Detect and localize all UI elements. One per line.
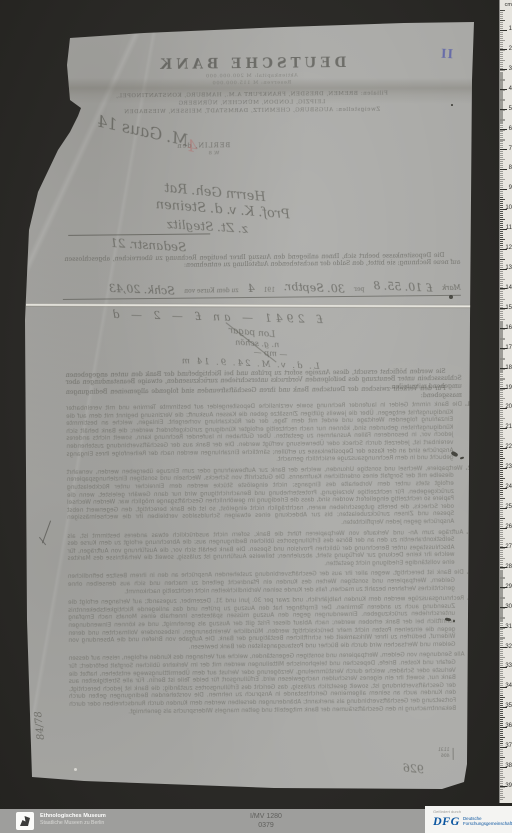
conditions-fine-print: 1. Die Bank nimmt Gelder in laufender Re… [66,402,465,720]
ruler-cm-label: 18 [505,365,512,371]
ruler-cm-label: 37 [505,743,512,749]
conditions-lead: Für den Verkehr zwischen der Deutschen B… [66,385,462,404]
dfg-acronym: DFG [433,814,460,829]
condition-item: 4. Die Bank ist berechtigt, wegen aller … [68,570,464,597]
ruler-cm-label: 26 [505,524,512,530]
second-amount-handwriting: £ 2941 — an £ — 2 — d [108,308,323,326]
ruler-cm-label: 35 [505,703,512,709]
ruler-cm-label: 17 [505,345,512,351]
ruler-cm-label: 3 [509,66,512,72]
ruler-cm-label: 13 [505,265,512,271]
ruler-cm-tick [500,30,507,31]
ruler-cm-label: 15 [505,305,512,311]
ruler-cm-label: 1 [509,26,512,32]
ruler-cm-label: 4 [509,86,512,92]
condition-item: 5. Rechnungsauszüge werden dem Kunden ha… [68,596,465,653]
ruler-cm-label: 28 [505,564,512,570]
condition-item: 6. Alle Sendungen von Geldern, Wertpapie… [69,652,466,717]
show-through-layer: DEUTSCHE BANK Aktienkapital: M 200.000.0… [20,18,480,795]
ruler-cm-label: 5 [509,106,512,112]
condition-item: 2. Wertpapiere, Wechsel und sonstige Urk… [67,466,464,531]
ruler-cm-tick [500,109,507,110]
place-date-label: BERLIN, den [176,141,230,150]
dfg-logo: Gefördert durch DFG Deutsche Forschungsg… [425,806,512,833]
paper-fleck [74,768,77,771]
ruler-cm-label: 34 [505,683,512,689]
ruler-cm-tick [500,89,507,90]
ruler-cm-label: 29 [505,584,512,590]
ruler-cm-label: 32 [505,644,512,650]
punch-hole-dot [449,295,453,299]
ruler-cm-label: 10 [505,205,512,211]
year-prefix: 191 [264,287,276,294]
inventory-number: I/MV 1280 [206,813,326,821]
condition-item: 1. Die Bank nimmt Gelder in laufender Re… [66,402,463,467]
red-pencil-note: 4 [186,136,199,156]
ink-speck [451,104,453,106]
ruler-cm-label: 25 [505,504,512,510]
rate-handwriting: Schk. 20,43 [109,282,175,298]
ruler-cm-tick [500,149,507,150]
museum-label: Ethnologisches Museum Staatliche Museen … [40,813,106,826]
body-paragraph: Die Depositenkasse beehrt sich, Ihnen an… [64,252,460,271]
cm-ruler: cm 1234567891011121314151617181920212223… [499,0,512,803]
ink-speck [453,620,455,622]
date-handwriting: 30. Septbr. [284,280,346,296]
ruler-cm-tick [500,169,507,170]
ruler-cm-label: 31 [505,624,512,630]
ruler-cm-tick [500,69,507,70]
ruler-cm-label: 36 [505,723,512,729]
scan-page-number: 0379 [206,821,326,830]
ruler-cm-label: 27 [505,544,512,550]
address-handwriting-4: Sedanstr. 21 [110,236,187,254]
ruler-cm-label: 23 [505,464,512,470]
rate-label: zu dem Kurse von [184,287,238,295]
ruler-cm-label: 33 [505,663,512,669]
ruler-cm-tick [500,189,507,190]
year-digit-handwriting: 4 [247,282,255,295]
form-number-line2: 406 [438,754,450,760]
amount-handwriting: £ 10. 55. 8 [373,279,433,294]
ruler-cm-label: 9 [509,185,512,191]
blue-numeral-stamp: II [441,47,455,64]
page-number-handwriting: 926 [402,761,424,776]
ruler-cm-label: 14 [505,285,512,291]
ruler-cm-label: 21 [505,424,512,430]
name-rule-line [68,233,210,235]
archive-footer-bar: Ethnologisches Museum Staatliche Museen … [0,809,512,833]
ruler-cm-label: 7 [509,146,512,152]
museum-name: Ethnologisches Museum [40,813,106,820]
museum-logo-icon [16,812,34,830]
ruler-cm-label: 38 [505,763,512,769]
ruler-cm-label: 22 [505,444,512,450]
mark-label: Mark [442,284,461,292]
dfg-org-line2: Forschungsgemeinschaft [463,821,512,826]
ruler-cm-label: 39 [505,783,512,789]
place-sub-label: W. 8 [209,150,220,156]
ruler-cm-label: 20 [505,404,512,410]
dfg-organization-name: Deutsche Forschungsgemeinschaft [463,816,512,827]
ruler-cm-label: 12 [505,245,512,251]
form-number: 1131 406 [438,748,454,760]
ruler-cm-label: 6 [509,126,512,132]
museum-organization: Staatliche Museen zu Berlin [40,820,106,826]
ruler-cm-label: 2 [509,46,512,52]
ruler-cm-label: 24 [505,484,512,490]
ruler-cm-label: 16 [505,325,512,331]
ruler-cm-label: 11 [506,225,512,231]
scanned-document-page: DEUTSCHE BANK Aktienkapital: M 200.000.0… [0,0,512,833]
ruler-cm-tick [500,49,507,50]
condition-item: 3. Aufträge zum An- und Verkaufe von Wer… [67,529,463,571]
ruler-cm-tick [500,129,507,130]
ruler-cm-label: 8 [509,165,512,171]
inventory-number-block: I/MV 1280 0379 [206,813,326,830]
per-label: per [354,286,364,293]
museum-glyph-icon [20,816,30,826]
ruler-cm-label: 30 [505,604,512,610]
ruler-unit-label: cm [505,2,512,8]
ruler-cm-label: 19 [505,385,512,391]
document-paper: DEUTSCHE BANK Aktienkapital: M 200.000.0… [24,20,476,792]
amount-row: Mark £ 10. 55. 8 per 30. Septbr. 191 4 z… [65,280,461,297]
